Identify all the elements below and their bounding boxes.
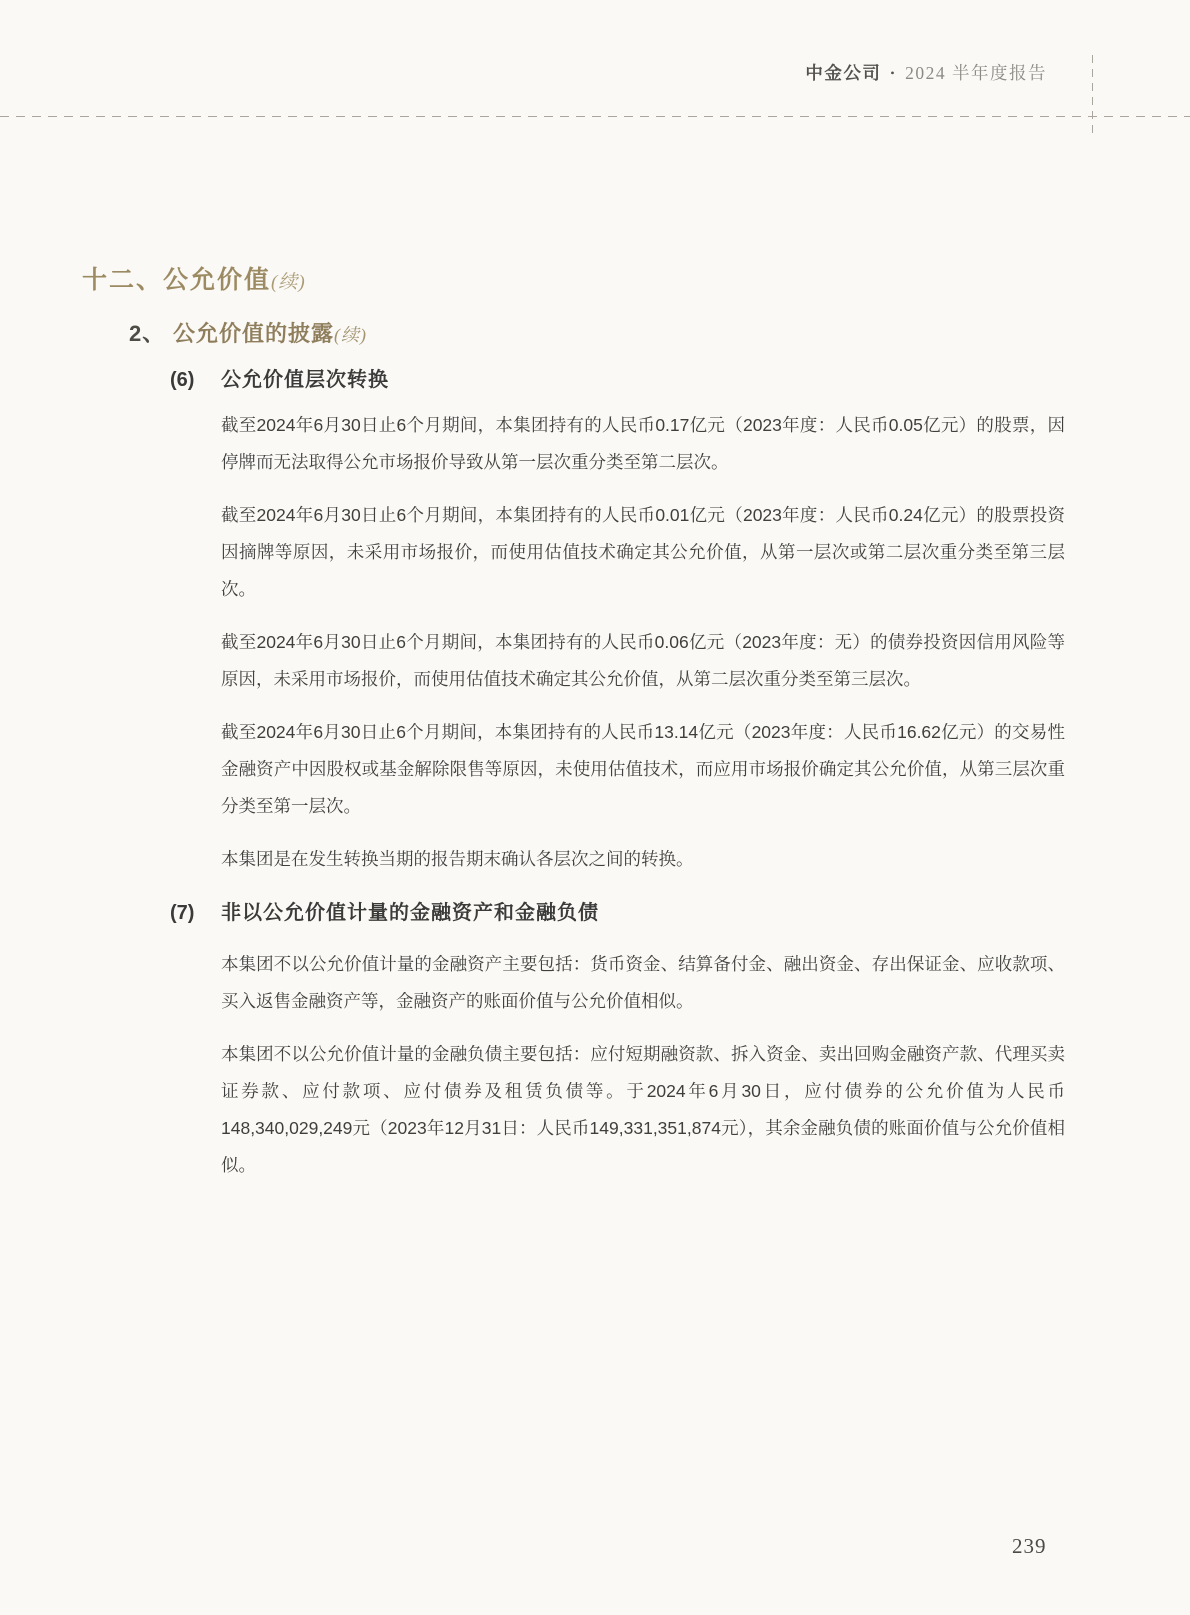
paragraph: 本集团不以公允价值计量的金融负债主要包括：应付短期融资款、拆入资金、卖出回购金融… xyxy=(221,1036,1065,1184)
page-number: 239 xyxy=(1012,1534,1047,1559)
item-6-number: (6) xyxy=(170,367,221,394)
item-6-title: 公允价值层次转换 xyxy=(221,367,389,394)
subsection-number: 2、 xyxy=(129,320,173,348)
item-7-body: 本集团不以公允价值计量的金融资产主要包括：货币资金、结算备付金、融出资金、存出保… xyxy=(221,946,1065,1184)
item-6-section: (6) 公允价值层次转换 截至2024年6月30日止6个月期间，本集团持有的人民… xyxy=(82,367,1065,878)
paragraph: 本集团不以公允价值计量的金融资产主要包括：货币资金、结算备付金、融出资金、存出保… xyxy=(221,946,1065,1020)
paragraph: 截至2024年6月30日止6个月期间，本集团持有的人民币0.17亿元（2023年… xyxy=(221,407,1065,481)
item-7-title: 非以公允价值计量的金融资产和金融负债 xyxy=(221,900,599,927)
item-7-section: (7) 非以公允价值计量的金融资产和金融负债 本集团不以公允价值计量的金融资产主… xyxy=(82,900,1065,1184)
paragraph: 截至2024年6月30日止6个月期间，本集团持有的人民币13.14亿元（2023… xyxy=(221,714,1065,825)
section-heading: 十二、公允价值(续) xyxy=(82,265,1065,298)
item-6-heading: (6) 公允价值层次转换 xyxy=(170,367,1065,394)
subsection-title: 公允价值的披露 xyxy=(173,321,334,346)
subsection-heading: 2、公允价值的披露(续) xyxy=(129,320,1065,349)
header-bullet: • xyxy=(890,66,896,80)
section-title: 十二、公允价值 xyxy=(82,266,271,294)
report-page: 中金公司•2024 半年度报告 十二、公允价值(续) 2、公允价值的披露(续) … xyxy=(0,0,1190,1615)
page-header: 中金公司•2024 半年度报告 xyxy=(0,60,1047,85)
item-7-number: (7) xyxy=(170,900,221,927)
company-name: 中金公司 xyxy=(805,63,881,83)
item-7-heading: (7) 非以公允价值计量的金融资产和金融负债 xyxy=(170,900,1065,927)
paragraph: 本集团是在发生转换当期的报告期末确认各层次之间的转换。 xyxy=(221,841,1065,878)
header-divider-horizontal xyxy=(0,116,1190,117)
paragraph: 截至2024年6月30日止6个月期间，本集团持有的人民币0.06亿元（2023年… xyxy=(221,624,1065,698)
paragraph: 截至2024年6月30日止6个月期间，本集团持有的人民币0.01亿元（2023年… xyxy=(221,497,1065,608)
header-divider-vertical xyxy=(1092,55,1093,134)
report-title: 2024 半年度报告 xyxy=(905,63,1047,83)
item-6-body: 截至2024年6月30日止6个月期间，本集团持有的人民币0.17亿元（2023年… xyxy=(221,407,1065,878)
section-continued-mark: (续) xyxy=(271,272,306,293)
main-content: 十二、公允价值(续) 2、公允价值的披露(续) (6) 公允价值层次转换 截至2… xyxy=(82,265,1065,1184)
subsection-continued-mark: (续) xyxy=(334,325,367,345)
